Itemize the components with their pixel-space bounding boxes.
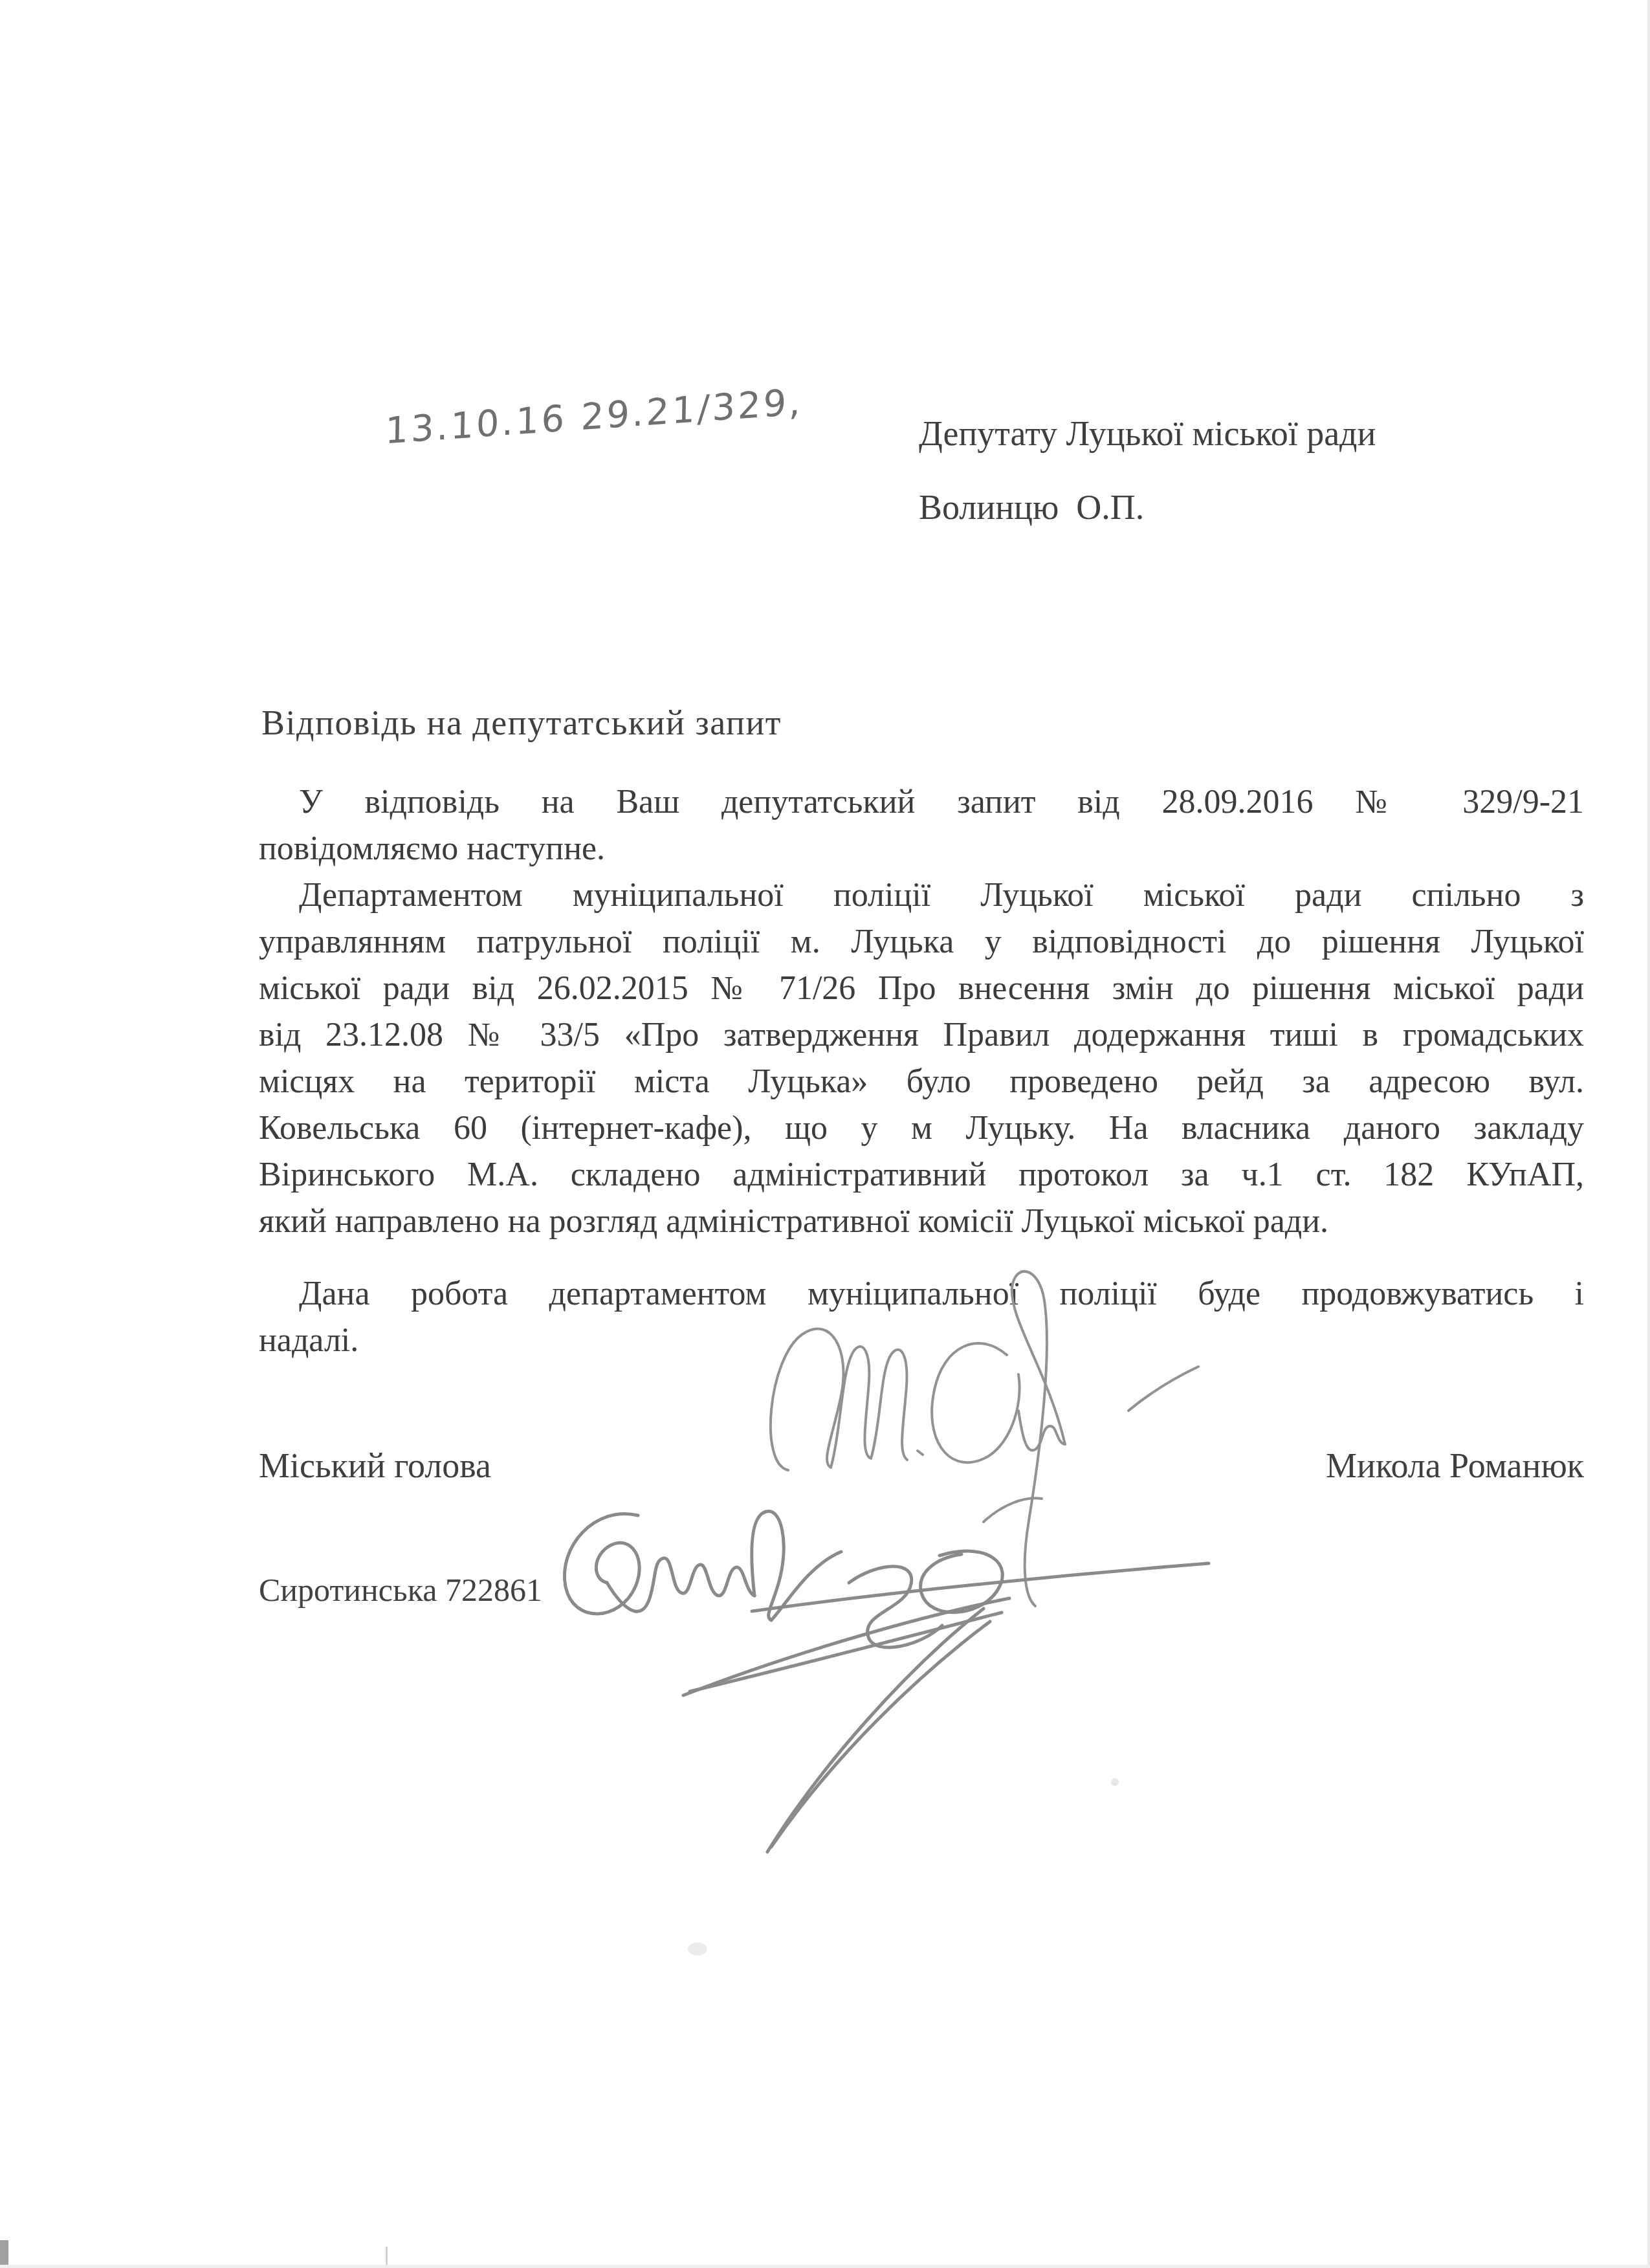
addressee-block: Депутату Луцької міської ради Волинцю О.… <box>919 415 1376 525</box>
paragraph: Дана робота департаментом муніципальної … <box>259 1271 1584 1364</box>
contact-line: Сиротинська 722861 <box>259 1571 542 1609</box>
signoff-row: Міський голова Микола Романюк <box>259 1446 1584 1486</box>
paragraph: Департаментом муніципальної поліції Луць… <box>259 872 1584 1245</box>
addressee-line-1: Депутату Луцької міської ради <box>919 415 1376 452</box>
body-line: від 23.12.08 № 33/5 «Про затвердження Пр… <box>259 1012 1584 1059</box>
handwritten-ref: 13.10.16 29.21/329, <box>385 381 804 452</box>
body-line: повідомляємо наступне. <box>259 826 1584 872</box>
body-line: управлянням патрульної поліції м. Луцька… <box>259 919 1584 965</box>
scan-artifacts <box>0 1778 1119 2268</box>
paragraph: У відповідь на Ваш депутатський запит ві… <box>259 779 1584 872</box>
scan-edge-bottom <box>0 2265 1650 2268</box>
body-line: У відповідь на Ваш депутатський запит ві… <box>259 779 1584 826</box>
body-line: Департаментом муніципальної поліції Луць… <box>259 872 1584 919</box>
body-line: який направлено на розгляд адміністратив… <box>259 1198 1584 1245</box>
signoff-name: Микола Романюк <box>1326 1446 1584 1486</box>
document-page: 13.10.16 29.21/329, Депутату Луцької міс… <box>0 0 1650 2268</box>
body-line: Ковельська 60 (інтернет-кафе), що у м Лу… <box>259 1105 1584 1152</box>
scan-edge-right <box>1647 0 1650 2268</box>
signoff-role: Міський голова <box>259 1446 491 1486</box>
addressee-line-2: Волинцю О.П. <box>919 489 1376 525</box>
body-line: міської ради від 26.02.2015 № 71/26 Про … <box>259 965 1584 1012</box>
document-title: Відповідь на депутатський запит <box>261 703 782 743</box>
body-line: надалі. <box>259 1317 1584 1364</box>
body: У відповідь на Ваш депутатський запит ві… <box>259 779 1584 1364</box>
body-line: Дана робота департаментом муніципальної … <box>259 1271 1584 1317</box>
body-line: Віринського М.А. складено адміністративн… <box>259 1152 1584 1198</box>
signature-flourish <box>564 1512 1209 1852</box>
body-line: місцях на території міста Луцька» було п… <box>259 1059 1584 1105</box>
